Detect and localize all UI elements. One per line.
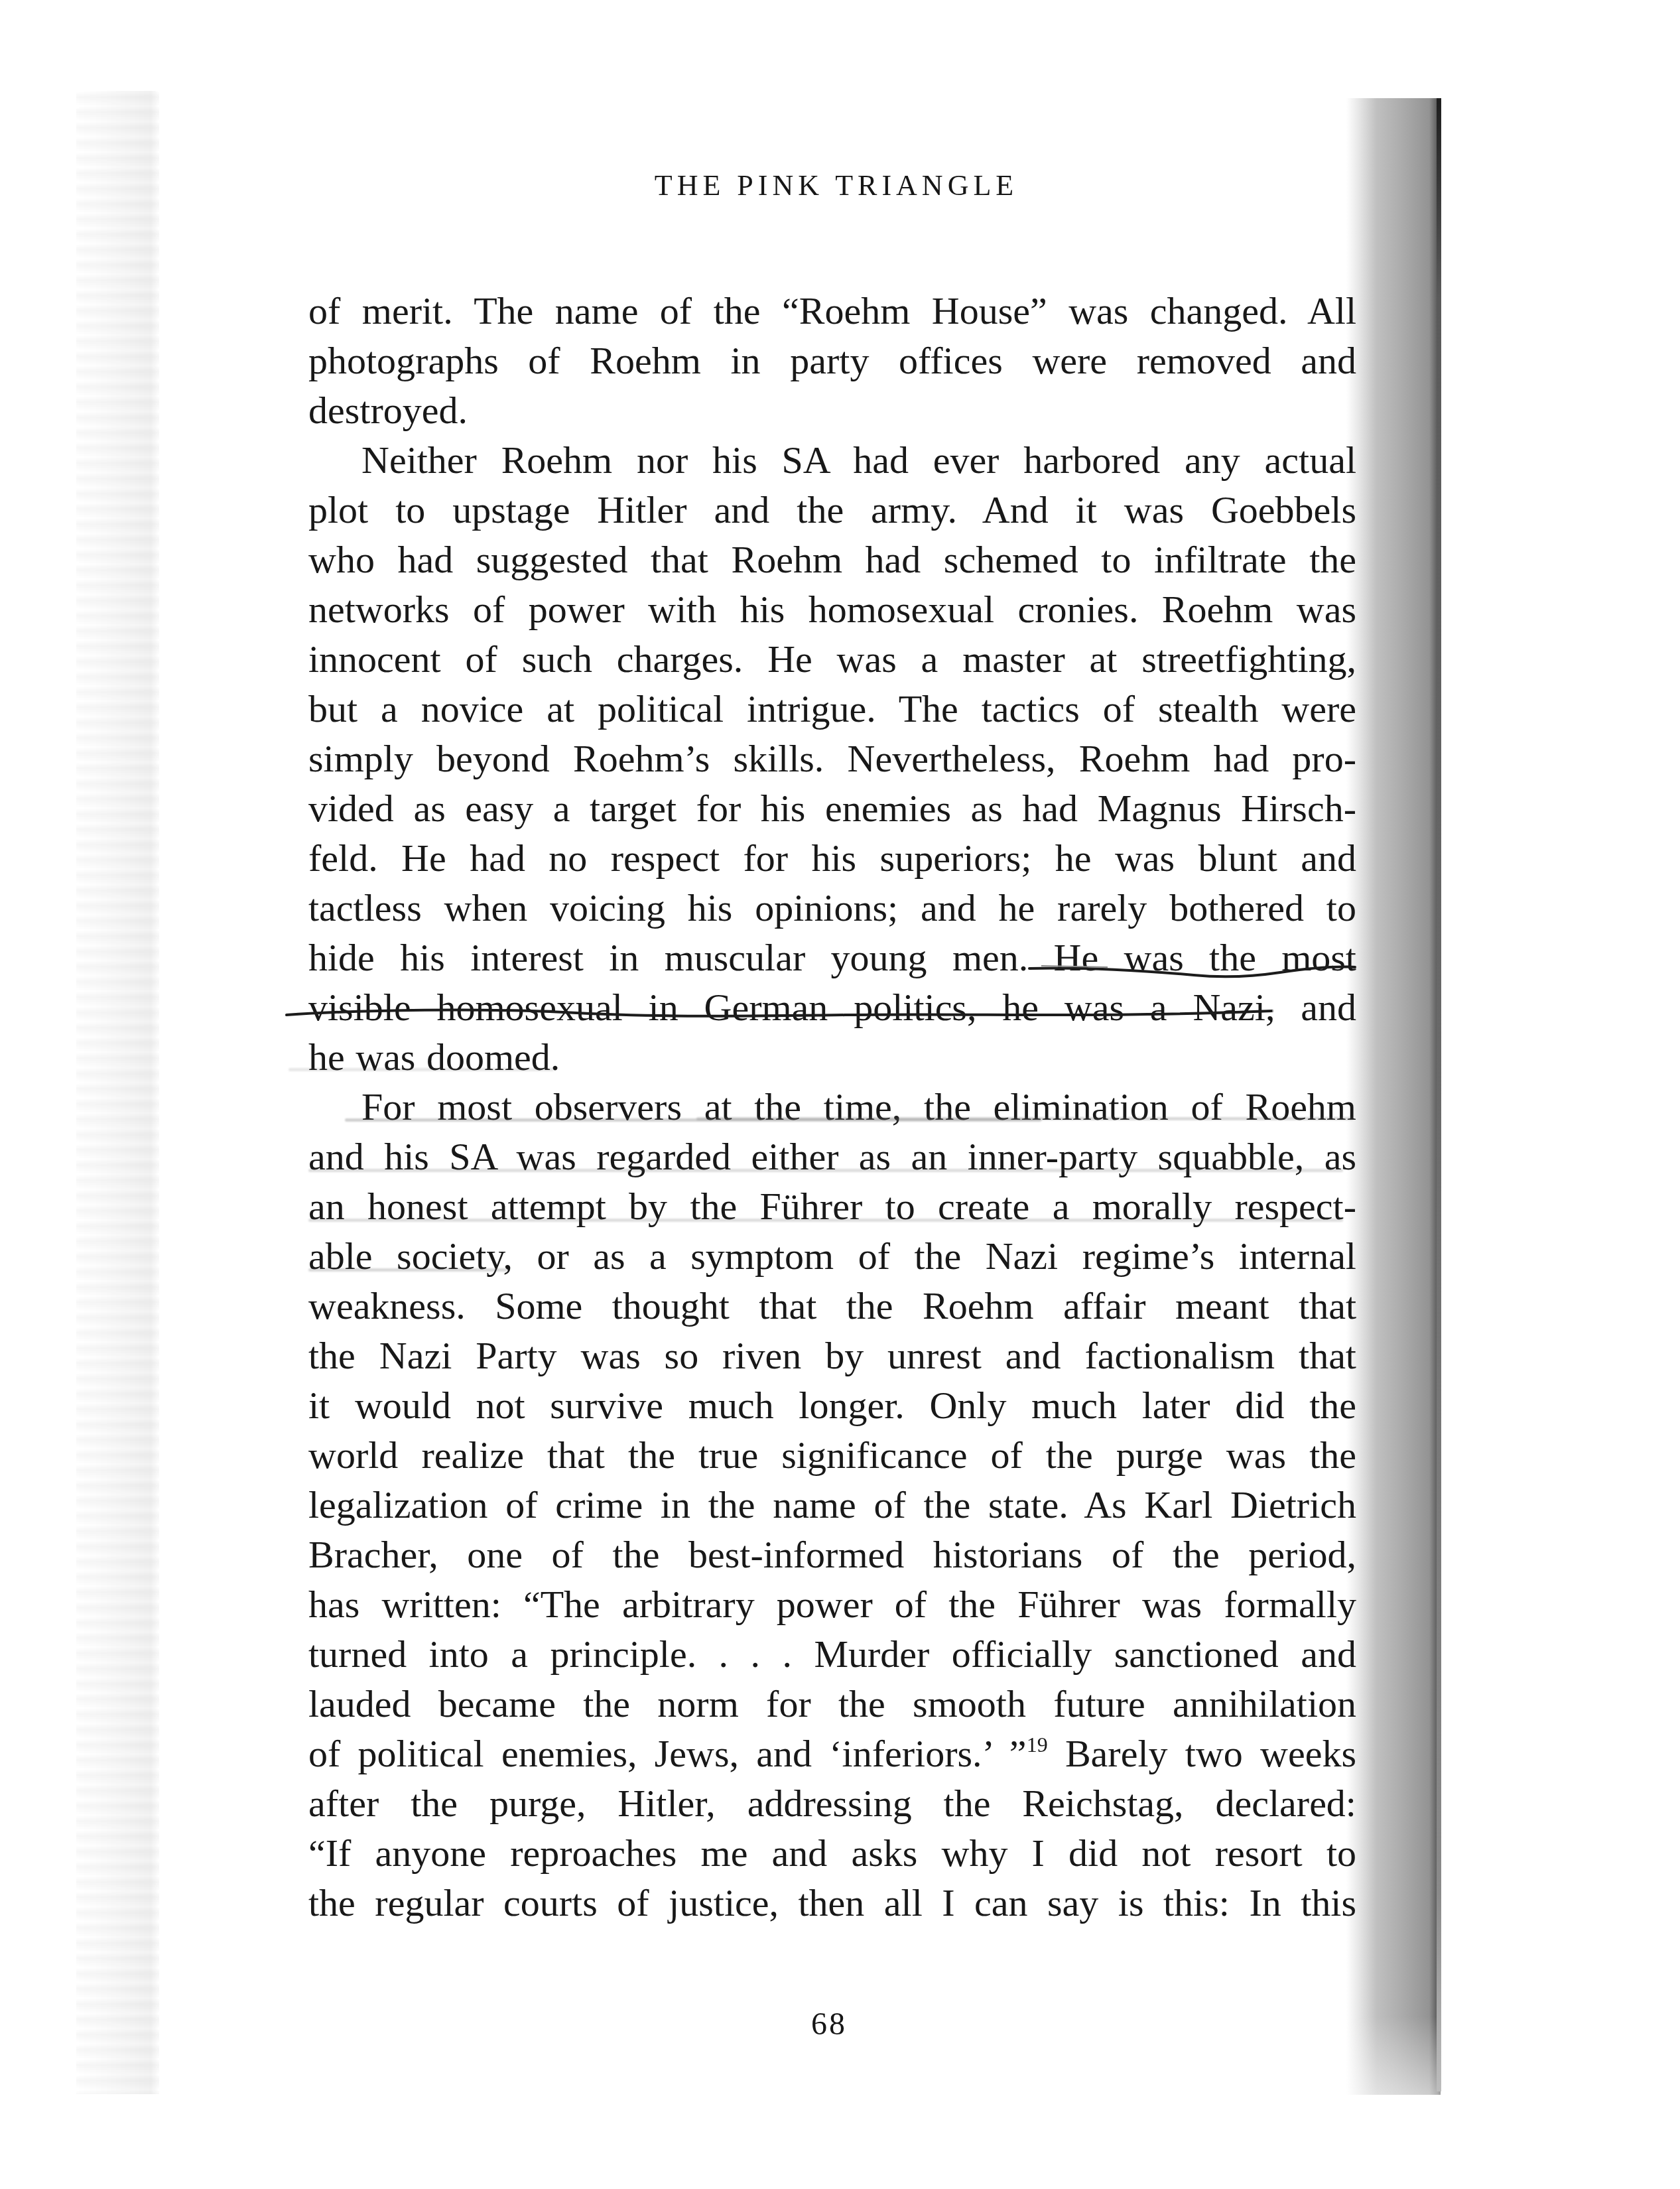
page-edge-line [1437,98,1441,2091]
text-line: tactless when voicing his opinions; and … [308,883,1356,933]
running-head: THE PINK TRIANGLE [0,167,1673,204]
text-line: and his SA was regarded either as an inn… [308,1132,1356,1181]
pencil-underline [289,1068,554,1071]
scan-margin-streaks [76,91,159,2094]
text-line: networks of power with his homosexual cr… [308,584,1356,634]
text-line: he was doomed. [308,1032,1356,1082]
text-line: after the purge, Hitler, addressing the … [308,1778,1356,1828]
text-line: has written: “The arbitrary power of the… [308,1579,1356,1629]
ink-underline-mark [285,1007,1273,1020]
text-line: photographs of Roehm in party offices we… [308,336,1356,385]
text-line: the regular courts of justice, then all … [308,1878,1356,1928]
text-line: of merit. The name of the “Roehm House” … [308,286,1356,336]
text-line: Bracher, one of the best-informed histor… [308,1530,1356,1579]
page-number: 68 [0,2005,1658,2044]
text-line: plot to upstage Hitler and the army. And… [308,485,1356,535]
text-line: turned into a principle. . . . Murder of… [308,1629,1356,1679]
pencil-underline [696,1117,1353,1120]
pencil-underline [308,1169,1343,1172]
text-line: “If anyone reproaches me and asks why I … [308,1828,1356,1878]
text-line: feld. He had no respect for his superior… [308,833,1356,883]
text-line: the Nazi Party was so riven by unrest an… [308,1331,1356,1380]
text-line: lauded became the norm for the smooth fu… [308,1679,1356,1729]
text-segment: Barely two weeks [1048,1732,1356,1775]
text-line: able society, or as a symptom of the Naz… [308,1231,1356,1281]
pencil-underline [308,1219,1343,1222]
text-line: legalization of crime in the name of the… [308,1480,1356,1530]
text-segment: of political enemies, Jews, and ‘inferio… [308,1732,1027,1775]
text-line: but a novice at political intrigue. The … [308,684,1356,734]
ink-overline-mark [1028,963,1356,980]
text-line: destroyed. [308,385,1356,435]
book-page: THE PINK TRIANGLE of merit. The name of … [0,0,1680,2189]
book-gutter-shadow [1346,98,1441,2095]
pencil-underline [308,1268,507,1272]
text-line: weakness. Some thought that the Roehm af… [308,1281,1356,1331]
text-line: vided as easy a target for his enemies a… [308,783,1356,833]
text-line: who had suggested that Roehm had schemed… [308,535,1356,584]
text-line-with-footnote: of political enemies, Jews, and ‘inferio… [308,1729,1356,1778]
text-line: simply beyond Roehm’s skills. Neverthele… [308,734,1356,783]
footnote-marker[interactable]: 19 [1027,1733,1048,1757]
text-line: innocent of such charges. He was a maste… [308,634,1356,684]
text-line: world realize that the true significance… [308,1430,1356,1480]
text-line: Neither Roehm nor his SA had ever harbor… [361,435,1356,485]
text-line: For most observers at the time, the elim… [361,1082,1356,1132]
text-line: it would not survive much longer. Only m… [308,1380,1356,1430]
text-line: an honest attempt by the Führer to creat… [308,1181,1356,1231]
